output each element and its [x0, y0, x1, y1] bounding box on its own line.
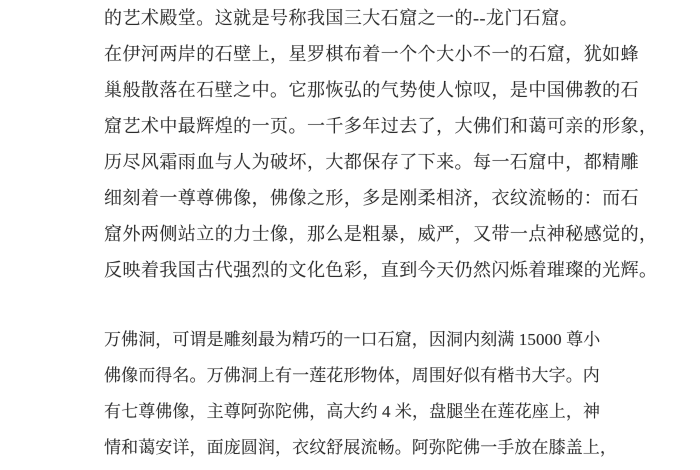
text-block: 的艺术殿堂。这就是号称我国三大石窟之一的--龙门石窟。 在伊河两岸的石壁上，星罗…	[104, 0, 664, 466]
text-line: 细刻着一尊尊佛像，佛像之形，多是刚柔相济，衣纹流畅的：而石	[104, 180, 664, 216]
text-line: 的艺术殿堂。这就是号称我国三大石窟之一的--龙门石窟。	[104, 0, 664, 36]
text-line: 巢般散落在石壁之中。它那恢弘的气势使人惊叹，是中国佛教的石	[104, 72, 664, 108]
document-page: 的艺术殿堂。这就是号称我国三大石窟之一的--龙门石窟。 在伊河两岸的石壁上，星罗…	[0, 0, 700, 470]
text-line: 情和蔼安详，面庞圆润，衣纹舒展流畅。阿弥陀佛一手放在膝盖上，	[104, 430, 664, 466]
text-line: 历尽风霜雨血与人为破坏，大都保存了下来。每一石窟中，都精雕	[104, 144, 664, 180]
text-line: 反映着我国古代强烈的文化色彩，直到今天仍然闪烁着璀璨的光辉。	[104, 252, 664, 288]
text-line: 窟外两侧站立的力士像，那么是粗暴，威严，又带一点神秘感觉的，	[104, 216, 664, 252]
text-line: 佛像而得名。万佛洞上有一莲花形物体，周围好似有楷书大字。内	[104, 358, 664, 394]
paragraph-gap	[104, 288, 664, 322]
paragraph-1: 的艺术殿堂。这就是号称我国三大石窟之一的--龙门石窟。 在伊河两岸的石壁上，星罗…	[104, 0, 664, 288]
text-line: 万佛洞，可谓是雕刻最为精巧的一口石窟，因洞内刻满 15000 尊小	[104, 322, 664, 358]
text-line: 有七尊佛像，主尊阿弥陀佛，高大约 4 米，盘腿坐在莲花座上，神	[104, 394, 664, 430]
text-line: 窟艺术中最辉煌的一页。一千多年过去了，大佛们和蔼可亲的形象，	[104, 108, 664, 144]
text-line: 在伊河两岸的石壁上，星罗棋布着一个个大小不一的石窟，犹如蜂	[104, 36, 664, 72]
paragraph-2: 万佛洞，可谓是雕刻最为精巧的一口石窟，因洞内刻满 15000 尊小 佛像而得名。…	[104, 322, 664, 466]
